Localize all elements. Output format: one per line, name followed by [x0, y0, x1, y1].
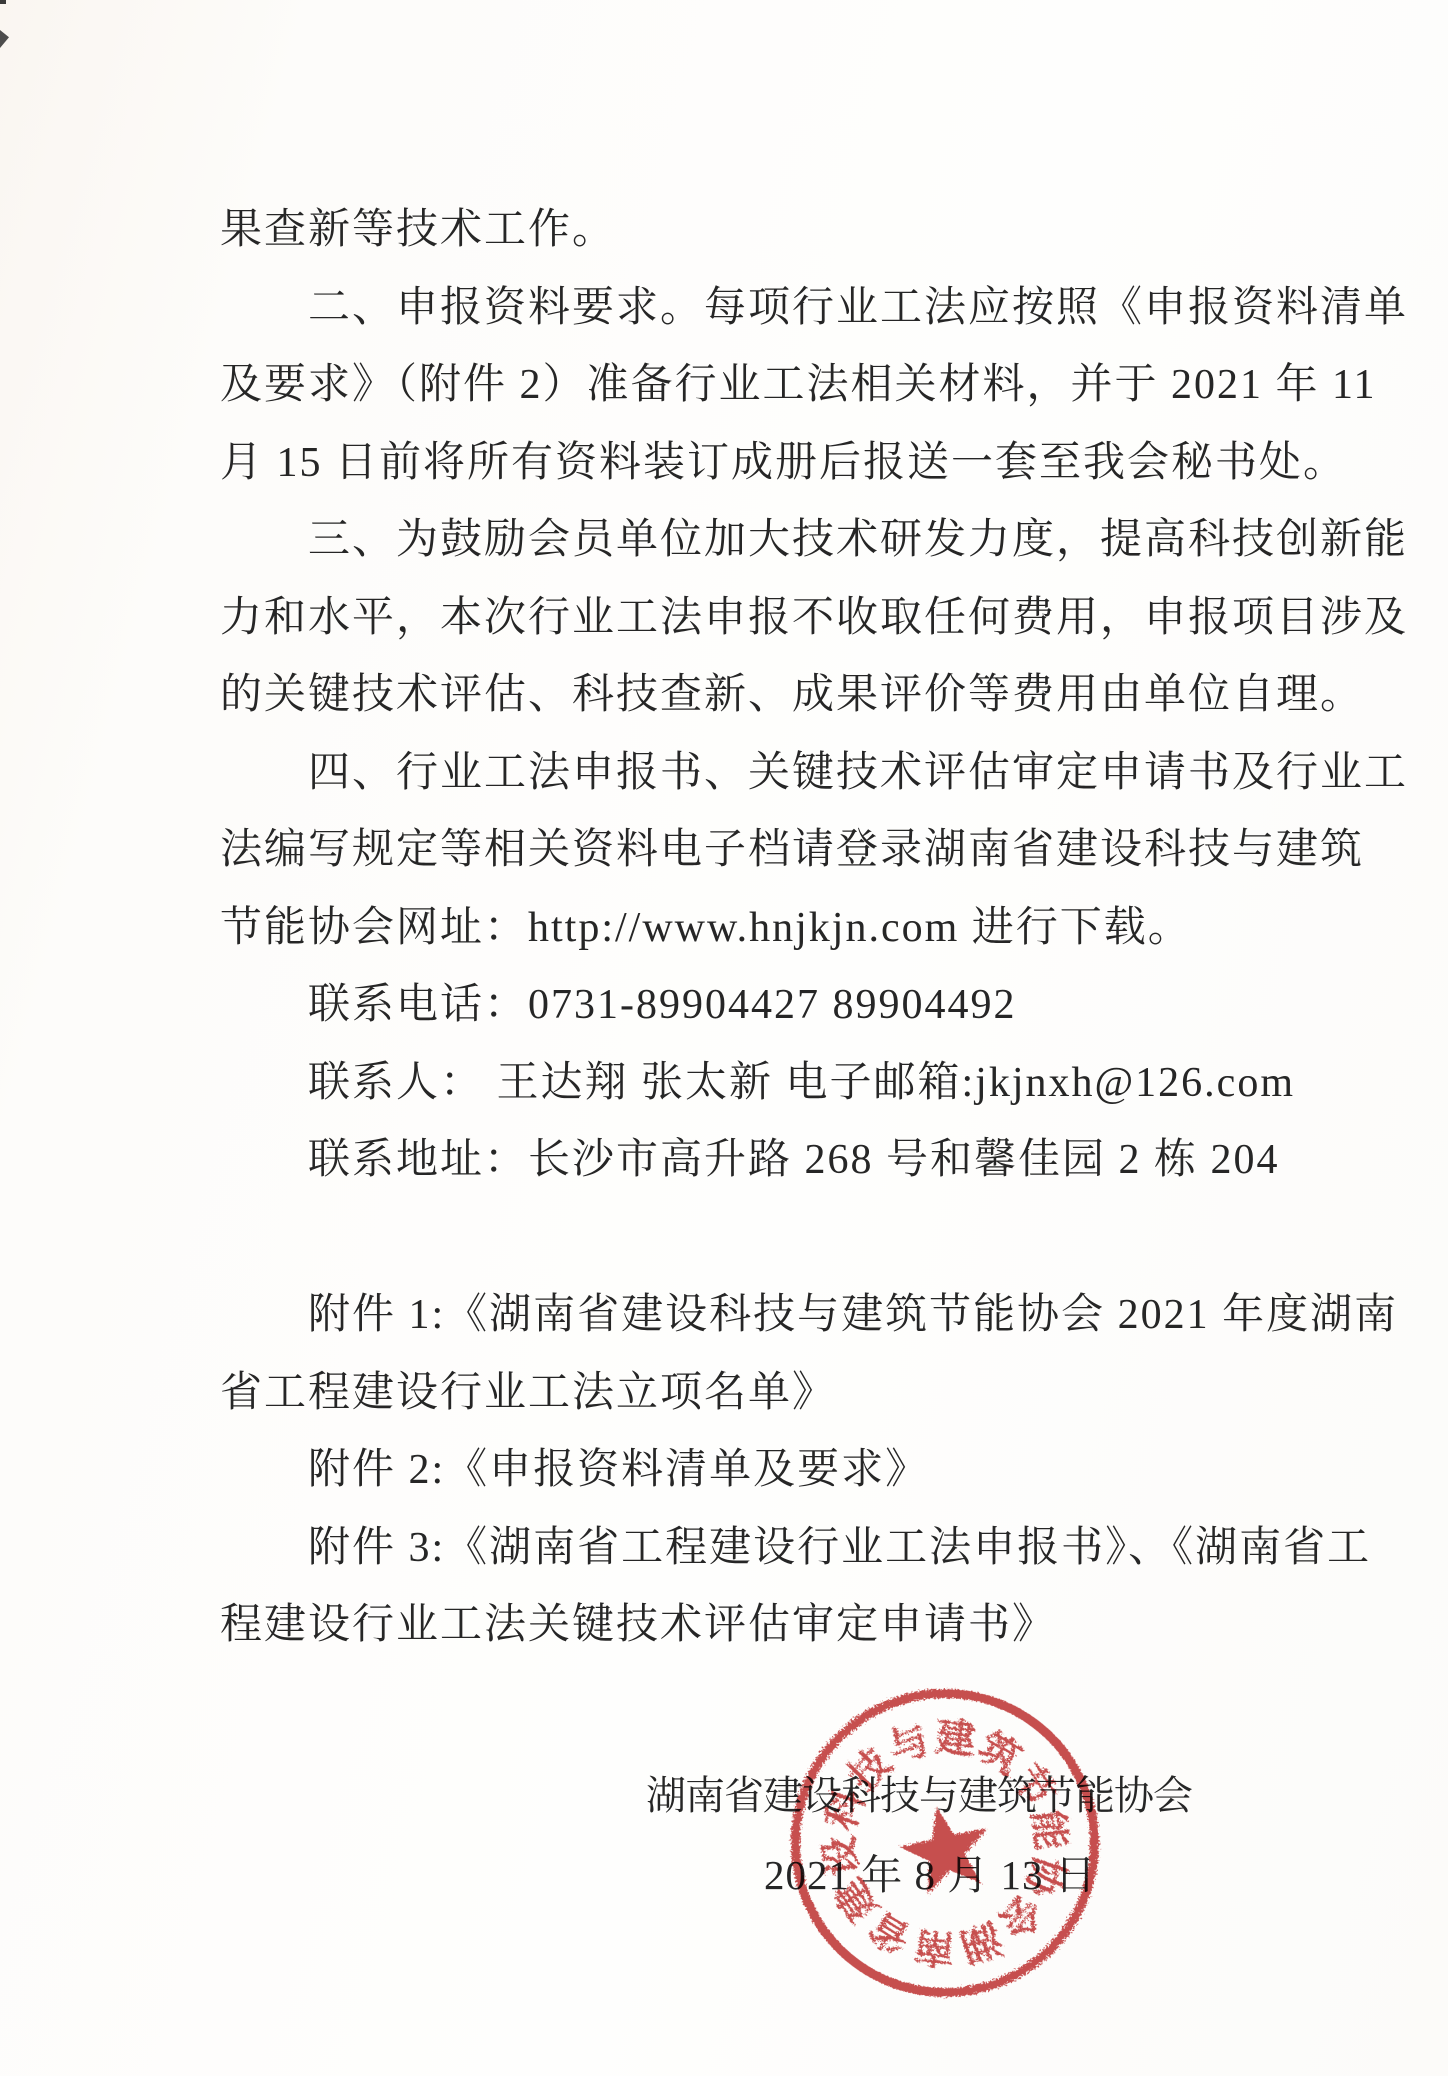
body-line: 附件 3:《湖南省工程建设行业工法申报书》、《湖南省工 [220, 1510, 1232, 1588]
seal-ring-char: 设 [807, 1833, 869, 1880]
scan-artifact [0, 30, 9, 48]
body-line: 节能协会网址：http://www.hnjkjn.com 进行下载。 [220, 890, 1232, 968]
seal-ring-char: 能 [1021, 1806, 1083, 1853]
body-line: 二、申报资料要求。每项行业工法应按照《申报资料清单 [220, 270, 1232, 348]
body-line: 联系人： 王达翔 张太新 电子邮箱:jkjnxh@126.com [220, 1045, 1232, 1123]
body-line: 附件 1:《湖南省建设科技与建筑节能协会 2021 年度湖南 [220, 1277, 1232, 1355]
document-body: 果查新等技术工作。二、申报资料要求。每项行业工法应按照《申报资料清单及要求》（附… [220, 192, 1232, 1665]
star-icon [890, 1793, 1003, 1910]
body-line: 联系电话：0731-89904427 89904492 [220, 967, 1232, 1045]
body-line: 力和水平，本次行业工法申报不收取任何费用，申报项目涉及 [220, 580, 1232, 658]
seal-ring-char: 建 [933, 1705, 978, 1766]
body-line: 程建设行业工法关键技术评估审定申请书》 [220, 1587, 1232, 1665]
document-page: 果查新等技术工作。二、申报资料要求。每项行业工法应按照《申报资料清单及要求》（附… [0, 0, 1448, 2076]
body-line [220, 1200, 1232, 1278]
body-line: 附件 2:《申报资料清单及要求》 [220, 1432, 1232, 1510]
body-line: 联系地址：长沙市高升路 268 号和馨佳园 2 栋 204 [220, 1122, 1232, 1200]
body-line: 省工程建设行业工法立项名单》 [220, 1355, 1232, 1433]
body-line: 四、行业工法申报书、关键技术评估审定申请书及行业工 [220, 735, 1232, 813]
seal-ring-char: 南 [912, 1920, 957, 1981]
body-line: 果查新等技术工作。 [220, 192, 1232, 270]
body-line: 法编写规定等相关资料电子档请登录湖南省建设科技与建筑 [220, 812, 1232, 890]
body-line: 月 15 日前将所有资料装订成册后报送一套至我会秘书处。 [220, 425, 1232, 503]
official-seal: 湖南省建设科技与建筑节能协会 [771, 1669, 1119, 2017]
body-line: 三、为鼓励会员单位加大技术研发力度，提高科技创新能 [220, 502, 1232, 580]
body-line: 的关键技术评估、科技查新、成果评价等费用由单位自理。 [220, 657, 1232, 735]
body-line: 及要求》（附件 2）准备行业工法相关材料，并于 2021 年 11 [220, 347, 1232, 425]
scan-artifact [0, 0, 6, 4]
